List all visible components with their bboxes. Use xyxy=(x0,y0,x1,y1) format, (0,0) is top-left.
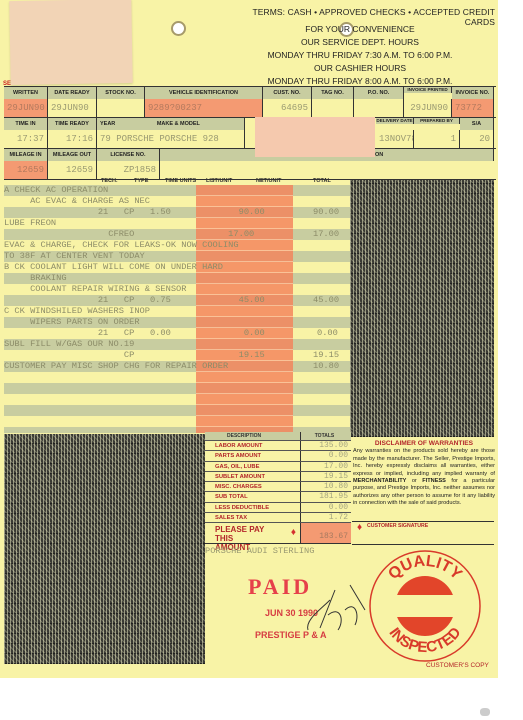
hours-line: MONDAY THRU FRIDAY 7:30 A.M. TO 6:00 P.M… xyxy=(260,49,460,62)
line-item: COOLANT REPAIR WIRING & SENSOR xyxy=(4,284,186,295)
hours-line: OUR CASHIER HOURS xyxy=(260,62,460,75)
invoice-paper: TERMS: CASH • APPROVED CHECKS • ACCEPTED… xyxy=(0,0,498,678)
parts-amount-value: 0.00 xyxy=(301,451,351,460)
line-total: 0.00 xyxy=(317,328,338,339)
line-item: B CK COOLANT LIGHT WILL COME ON UNDER HA… xyxy=(4,262,223,273)
label-prepared-by: PREPARED BY xyxy=(414,118,460,124)
label-cust-no: CUST. NO. xyxy=(263,87,312,99)
label-delivery-date: DELIVERY DATE xyxy=(376,118,414,124)
value-cust-no: 64695 xyxy=(263,99,312,117)
totals-summary: DESCRIPTION TOTALS LABOR AMOUNT135.00 PA… xyxy=(205,432,351,544)
gas-oil-lube-label: GAS, OIL, LUBE xyxy=(205,462,301,471)
please-pay-label: PLEASE PAY THIS AMOUNT ♦ xyxy=(205,523,301,543)
rule xyxy=(352,521,494,522)
summary-totals-header: TOTALS xyxy=(301,432,351,440)
line-item: 21 CP 1.50 90.00 xyxy=(4,207,265,218)
line-item: A CHECK AC OPERATION xyxy=(4,185,108,196)
redacted-block xyxy=(4,434,205,664)
value-sa: 20 xyxy=(460,130,494,148)
label-year: YEAR xyxy=(100,121,115,127)
sticky-note-redaction xyxy=(9,0,132,85)
line-total: 10.80 xyxy=(313,361,339,372)
col-time-units: TIME UNITS xyxy=(165,178,196,184)
punch-hole xyxy=(171,21,186,36)
misc-charges-label: MISC. CHARGES xyxy=(205,482,301,491)
dealer-brands: PORSCHE AUDI STERLING xyxy=(205,546,314,556)
summary-desc-header: DESCRIPTION xyxy=(205,432,301,440)
label-license-no: LICENSE NO. xyxy=(97,149,160,161)
col-tech: TECH. xyxy=(101,178,118,184)
line-item: CP 19.15 xyxy=(4,350,265,361)
label-time-ready: TIME READY xyxy=(48,118,97,130)
line-item: 21 CP 0.00 0.00 xyxy=(4,328,265,339)
hours-line: OUR SERVICE DEPT. HOURS xyxy=(260,36,460,49)
disclaimer-text: Any warranties on the products sold here… xyxy=(353,448,495,476)
labor-amount-label: LABOR AMOUNT xyxy=(205,441,301,450)
redacted-strip xyxy=(350,430,494,437)
value-written: 29JUN90 xyxy=(4,99,48,117)
sublet-amount-label: SUBLET AMOUNT xyxy=(205,472,301,481)
warranty-disclaimer: DISCLAIMER OF WARRANTIES Any warranties … xyxy=(353,440,495,508)
customers-copy-label: CUSTOMER'S COPY xyxy=(426,662,489,669)
customer-signature-label: CUSTOMER SIGNATURE xyxy=(367,523,428,529)
less-deductible-value: 0.00 xyxy=(301,503,351,512)
line-item: BRAKING xyxy=(4,273,67,284)
sticky-note-redaction xyxy=(255,117,375,157)
value-license-no: ZP1858 xyxy=(97,161,160,179)
label-time-in: TIME IN xyxy=(4,118,48,130)
label-vehicle-id: VEHICLE IDENTIFICATION xyxy=(145,87,263,99)
value-mileage-out: 12659 xyxy=(48,161,97,179)
net-unit-highlight xyxy=(196,185,293,433)
value-time-in: 17:37 xyxy=(4,130,48,148)
label-make-model: MAKE & MODEL xyxy=(157,121,200,127)
redacted-block xyxy=(350,180,494,434)
quality-inspected-seal: QUALITY INSPECTED xyxy=(368,549,482,663)
line-item: SUBL FILL W/GAS OUR NO.19 xyxy=(4,339,134,350)
line-item: AC EVAC & CHARGE AS NEC xyxy=(4,196,150,207)
line-item: WIPERS PARTS ON ORDER xyxy=(4,317,140,328)
label-mileage-out: MILEAGE OUT xyxy=(48,149,97,161)
sales-tax-label: SALES TAX xyxy=(205,513,301,522)
label-written: WRITTEN xyxy=(4,87,48,99)
label-date-ready: DATE READY xyxy=(48,87,97,99)
label-sa: S/A xyxy=(460,118,494,130)
business-hours: FOR YOUR CONVENIENCE OUR SERVICE DEPT. H… xyxy=(260,23,460,88)
label-stock-no: STOCK NO. xyxy=(97,87,145,99)
value-invoice-no: 73772 xyxy=(452,99,494,117)
misc-charges-value: 10.80 xyxy=(301,482,351,491)
handwritten-signature xyxy=(300,580,370,635)
sales-tax-value: 1.72 xyxy=(301,513,351,522)
line-item: LUBE FREON xyxy=(4,218,56,229)
label-po-no: P.O. NO. xyxy=(354,87,404,99)
line-total: 90.00 xyxy=(313,207,339,218)
disclaimer-title: DISCLAIMER OF WARRANTIES xyxy=(353,440,495,447)
labor-amount-value: 135.00 xyxy=(301,441,351,450)
gas-oil-lube-value: 17.00 xyxy=(301,462,351,471)
value-time-ready: 17:16 xyxy=(48,130,97,148)
merchantability-text: MERCHANTABILITY xyxy=(353,478,406,484)
fitness-text: FITNESS xyxy=(422,478,446,484)
value-invoice-printed: 29JUN90 xyxy=(404,99,452,117)
value-year-make-model: 79 PORSCHE PORSCHE 928 xyxy=(97,130,245,148)
value-mileage-in: 12659 xyxy=(4,161,48,179)
sub-total-value: 181.95 xyxy=(301,492,351,501)
hours-line: FOR YOUR CONVENIENCE xyxy=(260,23,460,36)
value-delivery-date: 13NOV78 xyxy=(376,130,414,148)
value-stock-no xyxy=(97,99,145,117)
label-invoice-no: INVOICE NO. xyxy=(452,87,494,99)
sub-total-label: SUB TOTAL xyxy=(205,492,301,501)
line-total: 17.00 xyxy=(313,229,339,240)
col-net-unit: NET/UNIT xyxy=(256,178,281,184)
value-date-ready: 29JUN90 xyxy=(48,99,97,117)
value-po-no xyxy=(354,99,404,117)
line-item: TO 38F AT CENTER VENT TODAY xyxy=(4,251,145,262)
line-item: EVAC & CHARGE, CHECK FOR LEAKS-OK NOW CO… xyxy=(4,240,239,251)
paper-speck xyxy=(480,708,490,716)
line-total: 19.15 xyxy=(313,350,339,361)
rule xyxy=(352,544,494,545)
disclaimer-text: or xyxy=(406,478,422,484)
label-tag-no: TAG NO. xyxy=(312,87,354,99)
please-pay-value: 183.67 xyxy=(301,523,351,543)
value-vehicle-id: 9289?00237 xyxy=(145,99,263,117)
arrow-icon: ♦ xyxy=(357,522,362,533)
value-prepared-by: 1 xyxy=(414,130,460,148)
less-deductible-label: LESS DEDUCTIBLE xyxy=(205,503,301,512)
col-total: TOTAL xyxy=(313,178,331,184)
label-mileage-in: MILEAGE IN xyxy=(4,149,48,161)
col-list-unit: LIST/UNIT xyxy=(206,178,232,184)
sublet-amount-value: 19.15 xyxy=(301,472,351,481)
line-total: 45.00 xyxy=(313,295,339,306)
arrow-icon: ♦ xyxy=(291,528,296,537)
line-item: CFREO 17.00 xyxy=(4,229,254,240)
line-item: C CK WINDSHILED WASHERS INOP xyxy=(4,306,150,317)
line-item: CUSTOMER PAY MISC SHOP CHG FOR REPAIR OR… xyxy=(4,361,228,372)
label-year-make-model: YEAR MAKE & MODEL xyxy=(97,118,245,130)
parts-amount-label: PARTS AMOUNT xyxy=(205,451,301,460)
col-type: TYPE xyxy=(134,178,148,184)
value-tag-no xyxy=(312,99,354,117)
line-item: 21 CP 0.75 45.00 xyxy=(4,295,265,306)
label-invoice-printed: INVOICE PRINTED xyxy=(404,87,452,93)
